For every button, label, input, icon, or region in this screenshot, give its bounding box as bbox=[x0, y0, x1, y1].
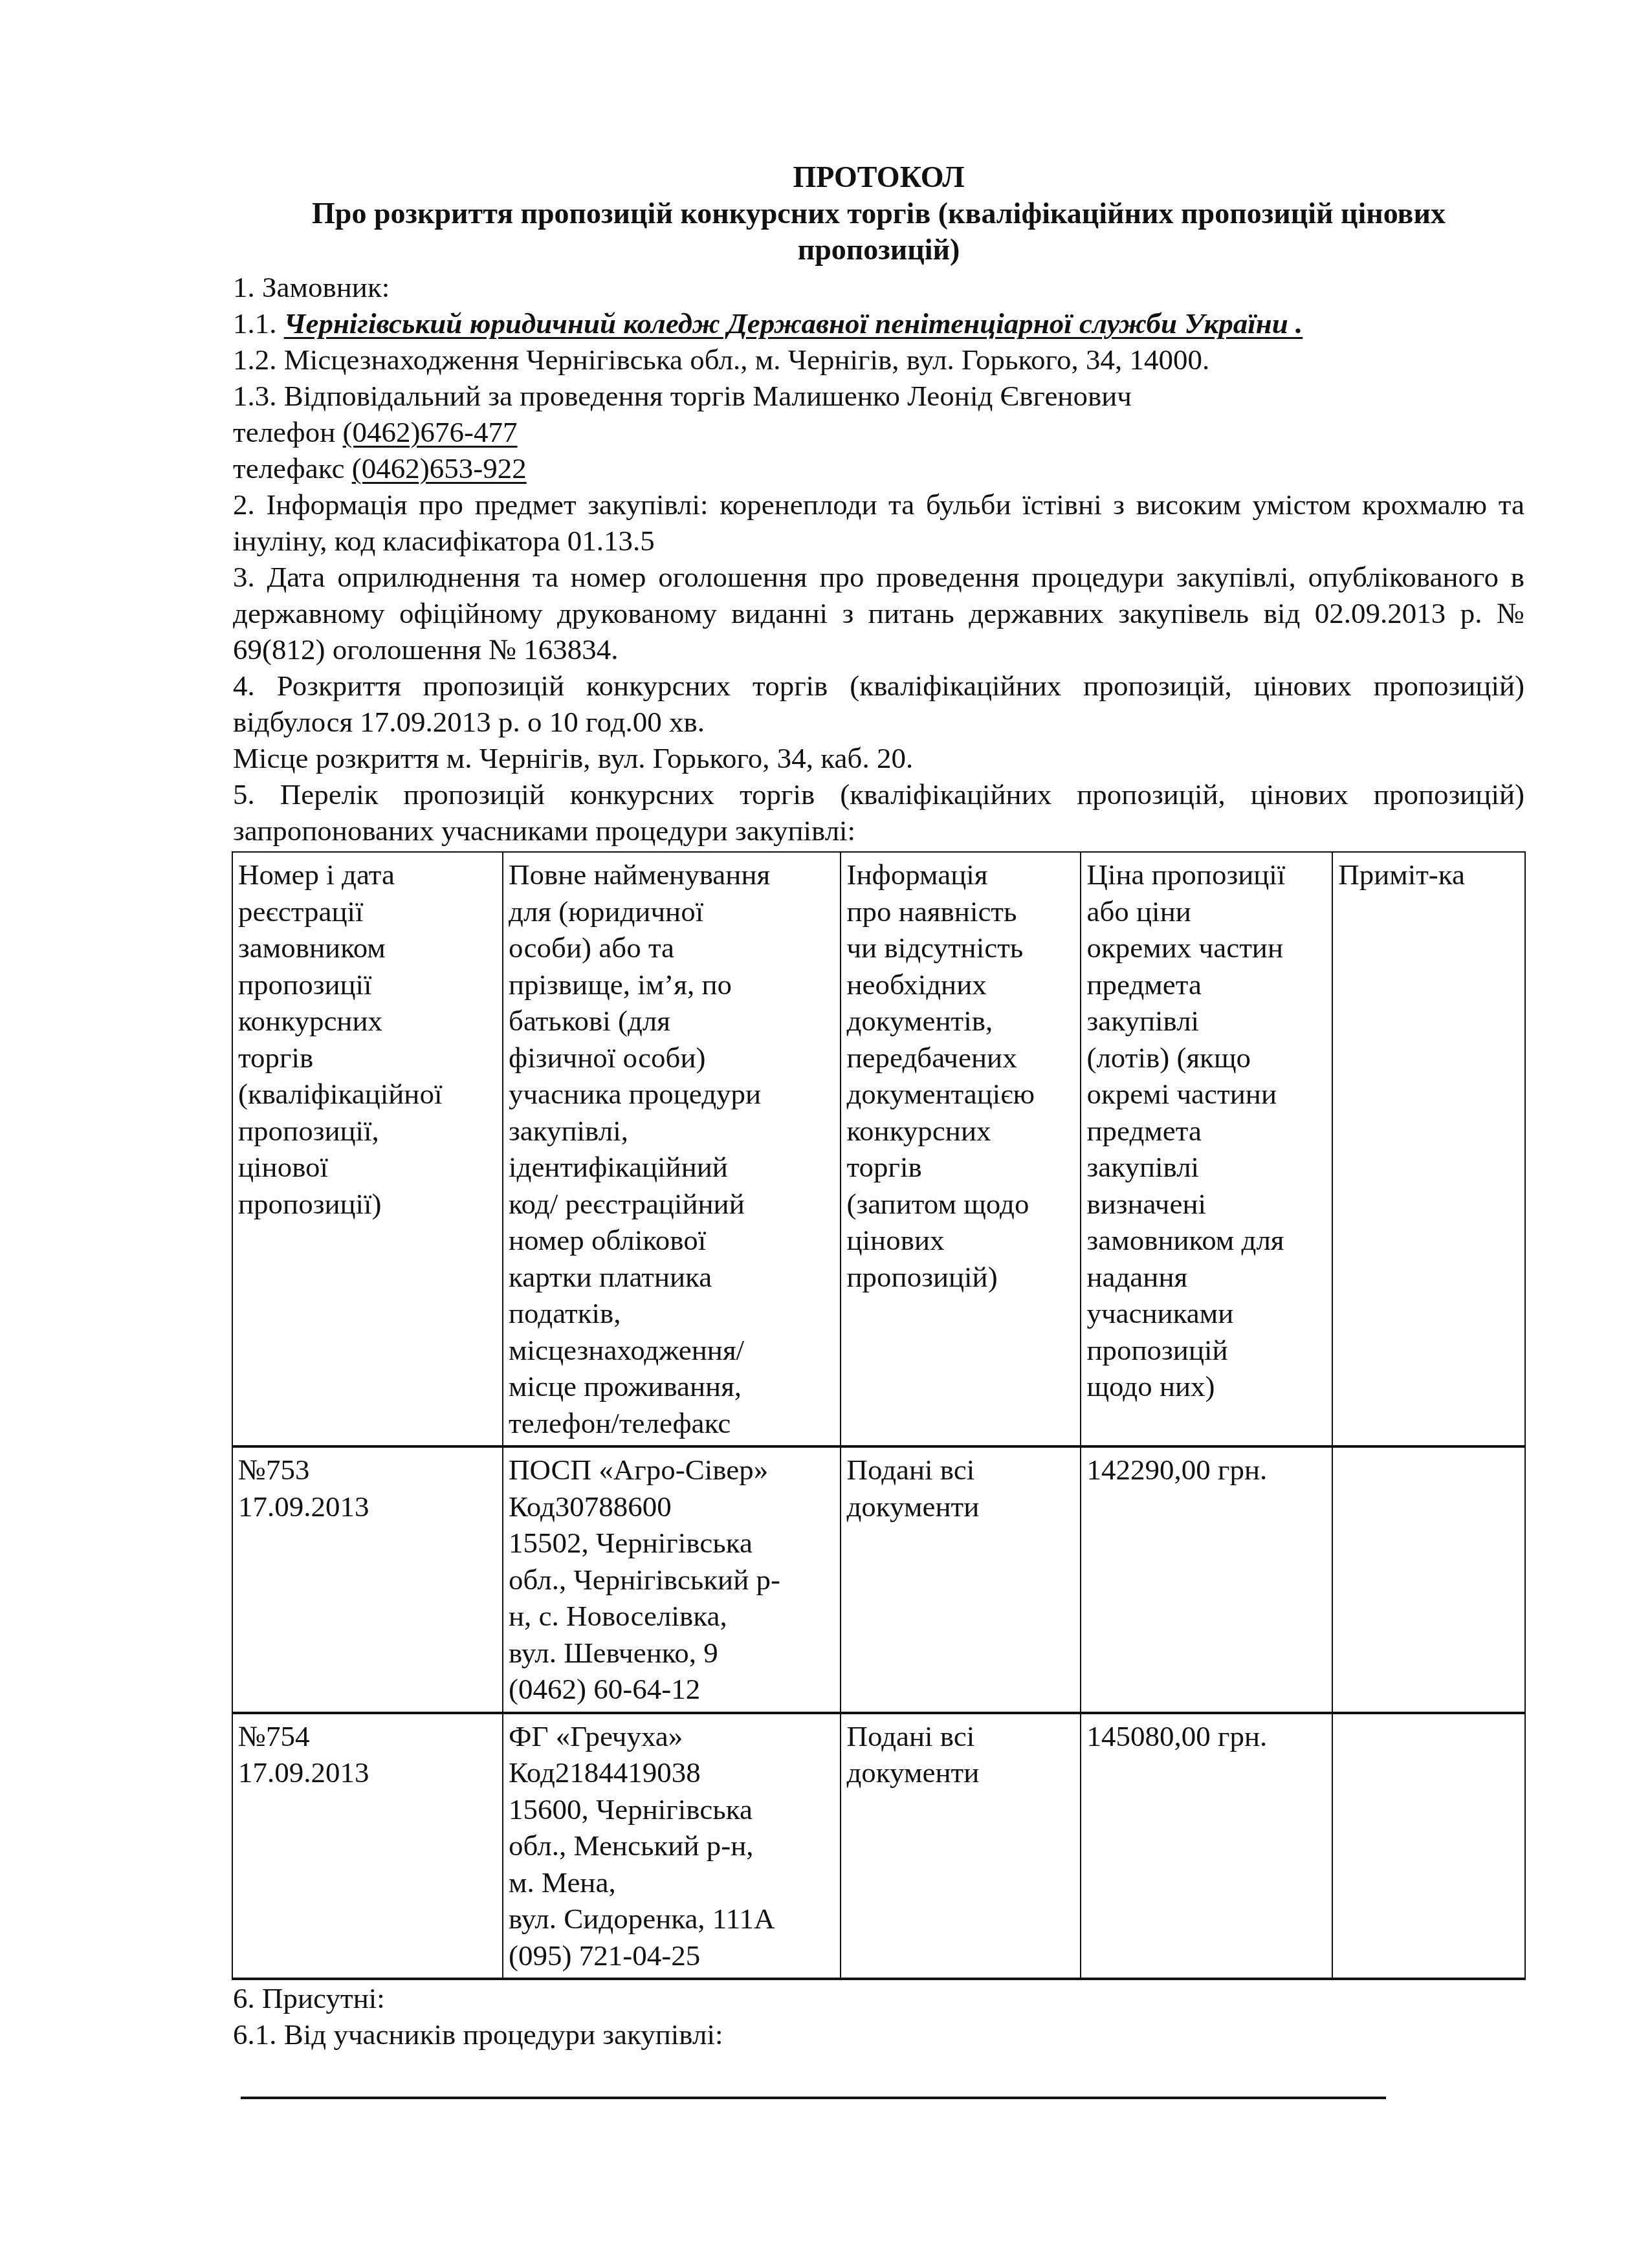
cell-text-line: вул. Шевченко, 9 bbox=[509, 1635, 833, 1672]
cell-text-line: телефон/телефакс bbox=[509, 1405, 833, 1442]
header-price: Ціна пропозиціїабо ціниокремих частинпре… bbox=[1081, 852, 1332, 1446]
cell-text-line: Подані всі bbox=[846, 1718, 1073, 1755]
section-2-subject: 2. Інформація про предмет закупівлі: кор… bbox=[233, 486, 1524, 559]
cell-text-line: ідентифікаційний bbox=[509, 1149, 833, 1186]
cell-text-line: необхідних bbox=[846, 966, 1073, 1003]
cell-text-line: вул. Сидоренка, 111А bbox=[509, 1901, 833, 1937]
cell-text-line: прізвище, ім’я, по bbox=[509, 966, 833, 1003]
cell-text-line: пропозиції, bbox=[238, 1113, 496, 1150]
cell-text-line: Подані всі bbox=[846, 1452, 1073, 1488]
cell-text-line: обл., Чернігівський р- bbox=[509, 1562, 833, 1598]
cell-text-line: чи відсутність bbox=[846, 930, 1073, 966]
cell-text-line: надання bbox=[1086, 1259, 1325, 1296]
cell-text-line: номер облікової bbox=[509, 1222, 833, 1259]
cell-text-line: Інформація bbox=[846, 856, 1073, 893]
cell-text-line: Код2184419038 bbox=[509, 1754, 833, 1791]
header-participant: Повне найменуваннядля (юридичноїособи) а… bbox=[503, 852, 841, 1446]
cell-text-line: документацією bbox=[846, 1076, 1073, 1113]
subtitle-line-2: пропозицій) bbox=[798, 233, 960, 266]
table-row: №75317.09.2013 ПОСП «Агро-Сівер»Код30788… bbox=[232, 1446, 1525, 1713]
section-present: 6. Присутні: 6.1. Від учасників процедур… bbox=[233, 1980, 1524, 2099]
cell-text-line: пропозицій bbox=[1086, 1332, 1325, 1369]
cell-text-line: предмета bbox=[1086, 966, 1325, 1003]
cell-documents: Подані всідокументи bbox=[841, 1713, 1081, 1979]
section-4-place: Місце розкриття м. Чернігів, вул. Горько… bbox=[233, 740, 1524, 776]
cell-text-line: окремих частин bbox=[1086, 930, 1325, 966]
cell-note bbox=[1332, 1713, 1525, 1979]
cell-text-line: реєстрації bbox=[238, 893, 496, 930]
cell-text-line: (0462) 60-64-12 bbox=[509, 1671, 833, 1708]
cell-text-line: Номер і дата bbox=[238, 856, 496, 893]
table-header-row: Номер і датареєстраціїзамовникомпропозиц… bbox=[232, 852, 1525, 1446]
customer-name: Чернігівський юридичний коледж Державної… bbox=[284, 307, 1303, 340]
section-6-heading: 6. Присутні: bbox=[233, 1980, 1524, 2016]
section-4-opening: 4. Розкриття пропозицій конкурсних торгі… bbox=[233, 668, 1524, 740]
cell-text-line: (095) 721-04-25 bbox=[509, 1937, 833, 1974]
cell-text-line: ФГ «Гречуха» bbox=[509, 1718, 833, 1755]
cell-text-line: документи bbox=[846, 1754, 1073, 1791]
cell-price: 145080,00 грн. bbox=[1081, 1713, 1332, 1979]
cell-text-line: обл., Менський р-н, bbox=[509, 1827, 833, 1864]
cell-text-line: картки платника bbox=[509, 1259, 833, 1296]
cell-text-line: замовником bbox=[238, 930, 496, 966]
cell-text-line: код/ реєстраційний bbox=[509, 1186, 833, 1223]
document-body: ПРОТОКОЛ Про розкриття пропозицій конкур… bbox=[233, 159, 1524, 2099]
cell-text-line: податків, bbox=[509, 1295, 833, 1332]
cell-text-line: особи) або та bbox=[509, 930, 833, 966]
cell-text-line: закупівлі bbox=[1086, 1149, 1325, 1186]
document-page: ПРОТОКОЛ Про розкриття пропозицій конкур… bbox=[0, 0, 1650, 2268]
section-5-list-intro: 5. Перелік пропозицій конкурсних торгів … bbox=[233, 776, 1524, 849]
document-subtitle: Про розкриття пропозицій конкурсних торг… bbox=[233, 195, 1524, 268]
cell-text-line: цінової bbox=[238, 1149, 496, 1186]
cell-text-line: закупівлі, bbox=[509, 1113, 833, 1150]
cell-text-line: щодо них) bbox=[1086, 1368, 1325, 1405]
phone-label: телефон bbox=[233, 416, 343, 448]
subtitle-line-1: Про розкриття пропозицій конкурсних торг… bbox=[312, 197, 1446, 230]
cell-text-line: учасниками bbox=[1086, 1295, 1325, 1332]
fax-line: телефакс (0462)653-922 bbox=[233, 450, 1524, 486]
cell-text-line: (кваліфікаційної bbox=[238, 1076, 496, 1113]
cell-text-line: визначені bbox=[1086, 1186, 1325, 1223]
cell-participant: ФГ «Гречуха»Код218441903815600, Чернігів… bbox=[503, 1713, 841, 1979]
cell-text-line: (лотів) (якщо bbox=[1086, 1040, 1325, 1076]
cell-text-line: батькові (для bbox=[509, 1003, 833, 1040]
cell-text-line: пропозицій) bbox=[846, 1259, 1073, 1296]
phone-line: телефон (0462)676-477 bbox=[233, 414, 1524, 450]
section-6-1-participants: 6.1. Від учасників процедури закупівлі: bbox=[233, 2016, 1524, 2053]
cell-text-line: документів, bbox=[846, 1003, 1073, 1040]
cell-text-line: окремі частини bbox=[1086, 1076, 1325, 1113]
cell-text-line: місце проживання, bbox=[509, 1368, 833, 1405]
cell-text-line: для (юридичної bbox=[509, 893, 833, 930]
cell-number-date: №75317.09.2013 bbox=[232, 1446, 503, 1713]
table-row: №75417.09.2013 ФГ «Гречуха»Код2184419038… bbox=[232, 1713, 1525, 1979]
cell-text-line: конкурсних bbox=[238, 1003, 496, 1040]
cell-text-line: н, с. Новоселівка, bbox=[509, 1598, 833, 1635]
cell-text-line: №754 bbox=[238, 1718, 496, 1755]
cell-text-line: про наявність bbox=[846, 893, 1073, 930]
cell-text-line: Ціна пропозиції bbox=[1086, 856, 1325, 893]
cell-note bbox=[1332, 1446, 1525, 1713]
cell-text-line: Повне найменування bbox=[509, 856, 833, 893]
cell-text-line: №753 bbox=[238, 1452, 496, 1488]
phone-value: (0462)676-477 bbox=[343, 416, 518, 448]
cell-text-line: 15502, Чернігівська bbox=[509, 1525, 833, 1562]
cell-text-line: торгів bbox=[238, 1040, 496, 1076]
cell-text-line: 15600, Чернігівська bbox=[509, 1791, 833, 1828]
cell-participant: ПОСП «Агро-Сівер»Код3078860015502, Черні… bbox=[503, 1446, 841, 1713]
cell-text-line: пропозиції) bbox=[238, 1186, 496, 1223]
customer-name-line: 1.1. Чернігівський юридичний коледж Держ… bbox=[233, 305, 1524, 342]
cell-text-line: закупівлі bbox=[1086, 1003, 1325, 1040]
cell-text-line: конкурсних bbox=[846, 1113, 1073, 1150]
fax-value: (0462)653-922 bbox=[352, 452, 527, 485]
cell-number-date: №75417.09.2013 bbox=[232, 1713, 503, 1979]
offers-table: Номер і датареєстраціїзамовникомпропозиц… bbox=[232, 851, 1526, 1980]
header-note: Приміт-ка bbox=[1332, 852, 1525, 1446]
cell-price: 142290,00 грн. bbox=[1081, 1446, 1332, 1713]
header-documents: Інформаціяпро наявністьчи відсутністьнео… bbox=[841, 852, 1081, 1446]
fax-label: телефакс bbox=[233, 452, 352, 485]
cell-text-line: (запитом щодо bbox=[846, 1186, 1073, 1223]
cell-text-line: місцезнаходження/ bbox=[509, 1332, 833, 1369]
cell-text-line: 17.09.2013 bbox=[238, 1488, 496, 1525]
customer-location: 1.2. Місцезнаходження Чернігівська обл.,… bbox=[233, 342, 1524, 378]
cell-text-line: документи bbox=[846, 1488, 1073, 1525]
blank-fill-line bbox=[241, 2097, 1386, 2099]
cell-text-line: фізичної особи) bbox=[509, 1040, 833, 1076]
cell-text-line: цінових bbox=[846, 1222, 1073, 1259]
section-3-announcement: 3. Дата оприлюднення та номер оголошення… bbox=[233, 559, 1524, 668]
cell-text-line: Код30788600 bbox=[509, 1488, 833, 1525]
cell-text-line: 17.09.2013 bbox=[238, 1754, 496, 1791]
cell-text-line: Приміт-ка bbox=[1338, 856, 1518, 893]
cell-documents: Подані всідокументи bbox=[841, 1446, 1081, 1713]
cell-text-line: ПОСП «Агро-Сівер» bbox=[509, 1452, 833, 1488]
cell-text-line: м. Мена, bbox=[509, 1864, 833, 1901]
cell-text-line: передбачених bbox=[846, 1040, 1073, 1076]
cell-text-line: пропозиції bbox=[238, 966, 496, 1003]
item-1-1-prefix: 1.1. bbox=[233, 307, 284, 340]
responsible-person: 1.3. Відповідальний за проведення торгів… bbox=[233, 378, 1524, 414]
cell-text-line: учасника процедури bbox=[509, 1076, 833, 1113]
cell-text-line: або ціни bbox=[1086, 893, 1325, 930]
cell-text-line: предмета bbox=[1086, 1113, 1325, 1150]
document-title: ПРОТОКОЛ bbox=[233, 159, 1524, 195]
cell-text-line: замовником для bbox=[1086, 1222, 1325, 1259]
section-customer: 1. Замовник: 1.1. Чернігівський юридични… bbox=[233, 269, 1524, 486]
cell-text-line: торгів bbox=[846, 1149, 1073, 1186]
header-number-date: Номер і датареєстраціїзамовникомпропозиц… bbox=[232, 852, 503, 1446]
section-1-heading: 1. Замовник: bbox=[233, 269, 1524, 305]
